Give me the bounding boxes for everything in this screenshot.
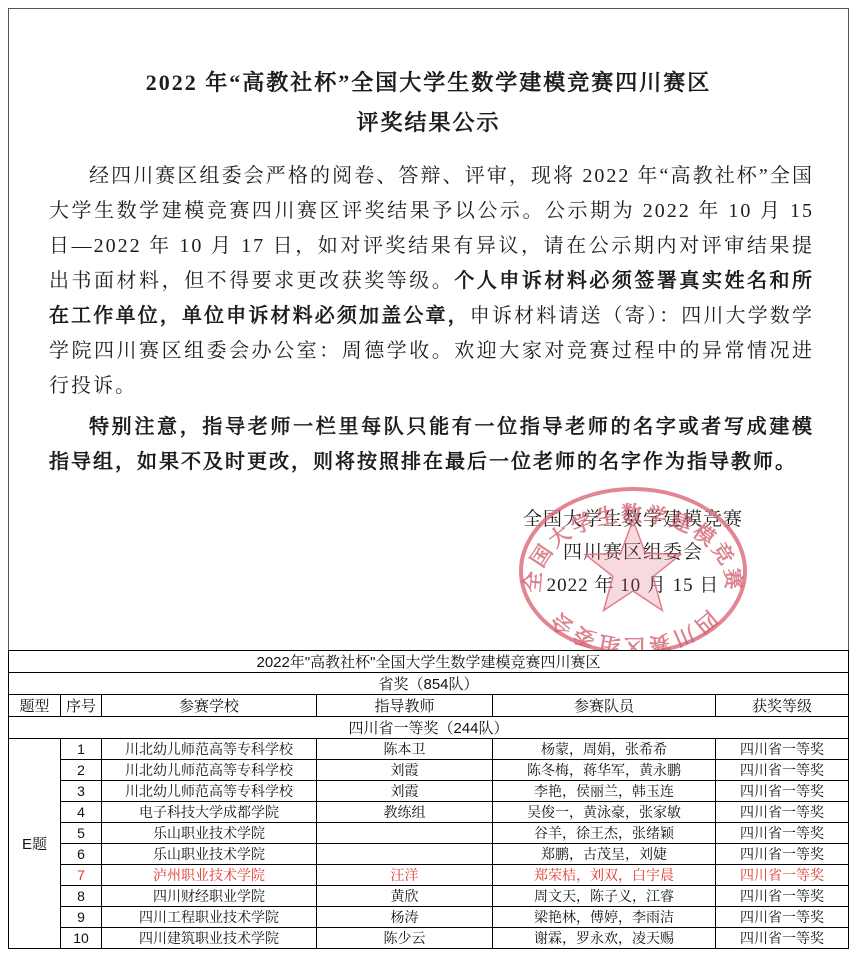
letter-title-line1: 2022 年“高教社杯”全国大学生数学建模竞赛四川赛区 — [9, 63, 848, 103]
signature-date: 2022 年 10 月 15 日 — [483, 569, 783, 602]
col-header-school: 参赛学校 — [102, 695, 317, 717]
row-school: 乐山职业技术学院 — [102, 823, 317, 844]
row-award: 四川省一等奖 — [716, 802, 849, 823]
table-row-highlighted: 7 泸州职业技术学院 汪洋 郑荣桔，刘双，白宇晨 四川省一等奖 — [9, 865, 849, 886]
table-group-header: 四川省一等奖（244队） — [9, 717, 849, 739]
table-row: 8 四川财经职业学院 黄欣 周文天，陈子义，江睿 四川省一等奖 — [9, 886, 849, 907]
col-header-members: 参赛队员 — [493, 695, 716, 717]
row-members: 郑鹏，古茂呈，刘婕 — [493, 844, 716, 865]
row-members: 谷羊，徐王杰，张绪颖 — [493, 823, 716, 844]
row-teacher: 汪洋 — [317, 865, 493, 886]
paragraph-2-bold-text: 特别注意，指导老师一栏里每队只能有一位指导老师的名字或者写成建模指导组，如果不及… — [49, 416, 814, 473]
award-table: 2022年"高教社杯"全国大学生数学建模竞赛四川赛区 省奖（854队） 题型 序… — [8, 650, 849, 949]
row-teacher: 陈少云 — [317, 928, 493, 949]
table-group-header-row: 四川省一等奖（244队） — [9, 717, 849, 739]
row-number: 3 — [61, 781, 102, 802]
col-header-number: 序号 — [61, 695, 102, 717]
row-teacher: 陈本卫 — [317, 739, 493, 760]
row-award: 四川省一等奖 — [716, 865, 849, 886]
row-teacher: 黄欣 — [317, 886, 493, 907]
row-teacher — [317, 823, 493, 844]
row-teacher: 刘霞 — [317, 781, 493, 802]
table-row: 5 乐山职业技术学院 谷羊，徐王杰，张绪颖 四川省一等奖 — [9, 823, 849, 844]
row-teacher — [317, 844, 493, 865]
row-members: 梁艳林，傅婷，李雨洁 — [493, 907, 716, 928]
row-school: 川北幼儿师范高等专科学校 — [102, 739, 317, 760]
table-row: 4 电子科技大学成都学院 教练组 吴俊一，黄泳豪，张家敏 四川省一等奖 — [9, 802, 849, 823]
row-number: 5 — [61, 823, 102, 844]
page: 2022 年“高教社杯”全国大学生数学建模竞赛四川赛区 评奖结果公示 经四川赛区… — [0, 0, 857, 962]
table-title: 2022年"高教社杯"全国大学生数学建模竞赛四川赛区 — [9, 651, 849, 673]
letter-title: 2022 年“高教社杯”全国大学生数学建模竞赛四川赛区 评奖结果公示 — [9, 63, 848, 143]
row-members: 李艳，侯丽兰，韩玉连 — [493, 781, 716, 802]
col-header-teacher: 指导教师 — [317, 695, 493, 717]
letter-paragraph-1: 经四川赛区组委会严格的阅卷、答辩、评审，现将 2022 年“高教社杯”全国大学生… — [49, 159, 814, 404]
row-school: 四川工程职业技术学院 — [102, 907, 317, 928]
row-number: 2 — [61, 760, 102, 781]
announcement-document: 2022 年“高教社杯”全国大学生数学建模竞赛四川赛区 评奖结果公示 经四川赛区… — [8, 8, 849, 949]
row-award: 四川省一等奖 — [716, 760, 849, 781]
row-teacher: 刘霞 — [317, 760, 493, 781]
row-school: 川北幼儿师范高等专科学校 — [102, 760, 317, 781]
row-school: 四川财经职业学院 — [102, 886, 317, 907]
row-members: 吴俊一，黄泳豪，张家敏 — [493, 802, 716, 823]
table-row: 10 四川建筑职业技术学院 陈少云 谢霖，罗永欢，凌天赐 四川省一等奖 — [9, 928, 849, 949]
problem-type-cell: E题 — [9, 739, 61, 949]
letter-paragraph-2: 特别注意，指导老师一栏里每队只能有一位指导老师的名字或者写成建模指导组，如果不及… — [49, 410, 814, 480]
row-award: 四川省一等奖 — [716, 907, 849, 928]
row-school: 电子科技大学成都学院 — [102, 802, 317, 823]
row-members: 谢霖，罗永欢，凌天赐 — [493, 928, 716, 949]
row-number: 4 — [61, 802, 102, 823]
row-award: 四川省一等奖 — [716, 928, 849, 949]
table-header-row: 题型 序号 参赛学校 指导教师 参赛队员 获奖等级 — [9, 695, 849, 717]
signature-org-line2: 四川赛区组委会 — [483, 536, 783, 569]
row-award: 四川省一等奖 — [716, 739, 849, 760]
table-row: E题 1 川北幼儿师范高等专科学校 陈本卫 杨蒙，周娟，张希希 四川省一等奖 — [9, 739, 849, 760]
row-members: 杨蒙，周娟，张希希 — [493, 739, 716, 760]
row-award: 四川省一等奖 — [716, 823, 849, 844]
row-award: 四川省一等奖 — [716, 781, 849, 802]
row-school: 乐山职业技术学院 — [102, 844, 317, 865]
row-number: 10 — [61, 928, 102, 949]
row-teacher: 教练组 — [317, 802, 493, 823]
table-title-row: 2022年"高教社杯"全国大学生数学建模竞赛四川赛区 — [9, 651, 849, 673]
row-school: 四川建筑职业技术学院 — [102, 928, 317, 949]
row-teacher: 杨涛 — [317, 907, 493, 928]
row-school: 川北幼儿师范高等专科学校 — [102, 781, 317, 802]
col-header-award: 获奖等级 — [716, 695, 849, 717]
row-number: 6 — [61, 844, 102, 865]
col-header-problem-type: 题型 — [9, 695, 61, 717]
row-award: 四川省一等奖 — [716, 886, 849, 907]
table-row: 2 川北幼儿师范高等专科学校 刘霞 陈冬梅，蒋华军，黄永鹏 四川省一等奖 — [9, 760, 849, 781]
signature-org-line1: 全国大学生数学建模竞赛 — [483, 503, 783, 536]
row-number: 1 — [61, 739, 102, 760]
row-members: 陈冬梅，蒋华军，黄永鹏 — [493, 760, 716, 781]
table-row: 9 四川工程职业技术学院 杨涛 梁艳林，傅婷，李雨洁 四川省一等奖 — [9, 907, 849, 928]
row-award: 四川省一等奖 — [716, 844, 849, 865]
row-members: 周文天，陈子义，江睿 — [493, 886, 716, 907]
row-number: 7 — [61, 865, 102, 886]
table-row: 3 川北幼儿师范高等专科学校 刘霞 李艳，侯丽兰，韩玉连 四川省一等奖 — [9, 781, 849, 802]
letter-body: 经四川赛区组委会严格的阅卷、答辩、评审，现将 2022 年“高教社杯”全国大学生… — [49, 159, 814, 480]
table-row: 6 乐山职业技术学院 郑鹏，古茂呈，刘婕 四川省一等奖 — [9, 844, 849, 865]
row-school: 泸州职业技术学院 — [102, 865, 317, 886]
signature-block: 全国大学生数学建模竞赛 四川赛区组委会 2022 年 10 月 15 日 — [483, 503, 783, 602]
row-number: 9 — [61, 907, 102, 928]
table-subtitle-row: 省奖（854队） — [9, 673, 849, 695]
letter-title-line2: 评奖结果公示 — [9, 103, 848, 143]
row-members: 郑荣桔，刘双，白宇晨 — [493, 865, 716, 886]
row-number: 8 — [61, 886, 102, 907]
table-subtitle: 省奖（854队） — [9, 673, 849, 695]
